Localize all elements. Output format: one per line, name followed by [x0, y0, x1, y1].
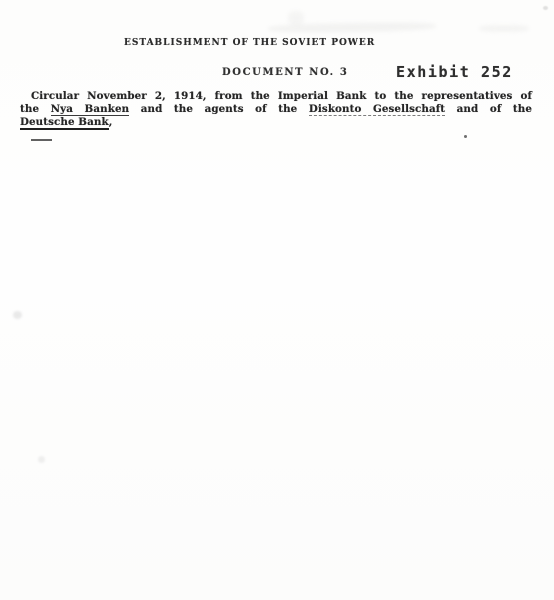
paragraph-line-3: Deutsche Bank, — [20, 116, 532, 129]
ink-speck — [38, 456, 45, 463]
ink-speck — [13, 311, 22, 319]
underlined-deutsche-bank: Deutsche Bank — [20, 116, 109, 131]
bleed-through-smudge — [288, 11, 304, 25]
exhibit-stamp: Exhibit 252 — [396, 63, 513, 81]
document-page: ESTABLISHMENT OF THE SOVIET POWER DOCUME… — [0, 0, 554, 600]
body-paragraph: Circular November 2, 1914, from the Impe… — [20, 90, 532, 129]
paragraph-line-1: Circular November 2, 1914, from the Impe… — [20, 90, 532, 103]
underlined-nya-banken: Nya Banken — [51, 103, 130, 117]
running-head: ESTABLISHMENT OF THE SOVIET POWER — [124, 38, 375, 48]
bleed-through-smudge — [268, 22, 436, 34]
paragraph-text: the — [20, 103, 51, 115]
bleed-through-smudge — [479, 25, 529, 32]
document-number-heading: DOCUMENT NO. 3 — [222, 67, 348, 78]
ink-speck — [464, 135, 467, 138]
paragraph-text: and the agents of the — [129, 103, 309, 115]
ink-stroke-artifact — [31, 139, 52, 141]
underlined-diskonto-gesellschaft: Diskonto Gesellschaft — [309, 103, 445, 117]
paragraph-line-2: the Nya Banken and the agents of the Dis… — [20, 103, 532, 116]
paragraph-text: , — [109, 116, 113, 128]
ink-speck — [543, 6, 548, 10]
paragraph-text: and of the — [445, 103, 532, 115]
